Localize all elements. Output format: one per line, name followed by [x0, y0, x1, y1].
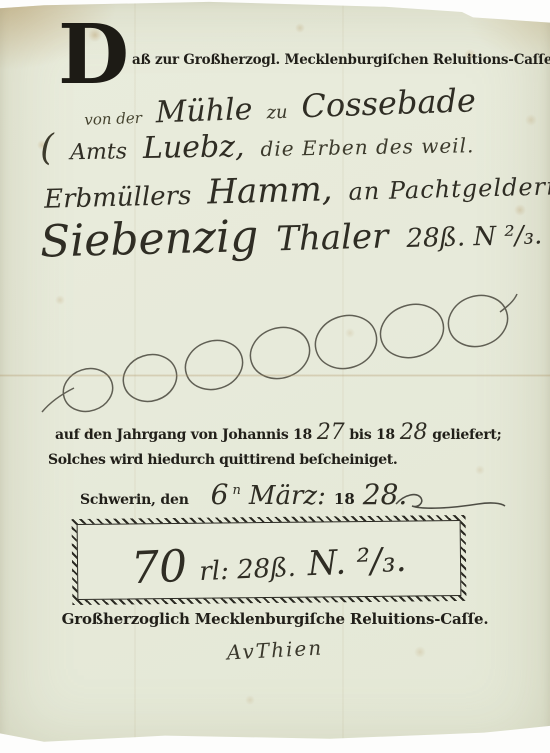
date-line: Schwerin, den 6 n März: 18 28. [80, 478, 407, 511]
date-flourish [393, 489, 508, 515]
scanned-receipt-1828: { "colors": { "paper": "#e7eada", "ink_p… [0, 0, 550, 753]
hw-shilling-fraction: 28ß. N ²/₃. [406, 220, 543, 254]
hw-erbmuellers: Erbmüllers [44, 181, 192, 215]
printed-schwerin-den: Schwerin, den [80, 492, 189, 508]
hw-box-amount: 70 rl: 28ß. N. ²/₃. [130, 531, 407, 594]
hw-day-suffix: n [233, 483, 241, 498]
printed-attest-line: Solches wird hiedurch quittirend beſchei… [48, 452, 397, 468]
printed-period-line: auf den Jahrgang von Johannis 18 27 bis … [55, 420, 501, 445]
hw-pachtgeldern: an Pachtgeldern [348, 172, 550, 206]
hw-day: 6 [211, 478, 229, 511]
hw-siebenzig: Siebenzig [39, 211, 258, 268]
hw-zu: zu [266, 102, 288, 124]
hw-erben: die Erben des weil. [260, 133, 474, 161]
hw-lead-stroke: ( [40, 128, 55, 169]
amount-box-inner: 70 rl: 28ß. N. ²/₃. [77, 520, 462, 600]
drop-cap-initial: D [58, 14, 129, 96]
printed-issuer-line: Großherzoglich Mecklenburgiſche Reluitio… [0, 610, 550, 628]
handwritten-line-amt: ( Amts Luebz, die Erben des weil. [40, 120, 475, 169]
hw-box-fraction: N. ²/₃. [307, 540, 407, 584]
document-paper: D aß zur Großherzogl. Mecklenburgiſchen … [0, 0, 550, 753]
hw-amts: Amts [70, 139, 127, 165]
hw-luebz: Luebz, [143, 129, 245, 166]
printed-bis: bis 18 [349, 427, 395, 443]
hw-year-27: 27 [317, 420, 344, 445]
hw-month: März: [249, 481, 326, 511]
printed-jahrgang: auf den Jahrgang von Johannis 18 [55, 427, 312, 443]
flourish-loops [40, 290, 520, 415]
hw-thaler: Thaler [276, 216, 389, 259]
hw-year-28: 28 [400, 420, 427, 445]
hw-cossebade: Cossebade [301, 81, 477, 125]
printed-header: aß zur Großherzogl. Mecklenburgiſchen Re… [132, 52, 550, 68]
signature: AvThien [0, 624, 550, 677]
hw-box-shillings: rl: 28ß. [199, 553, 297, 587]
printed-century: 18 [334, 490, 355, 508]
hw-hamm: Hamm, [207, 169, 333, 212]
ornamental-amount-box: 70 rl: 28ß. N. ²/₃. [72, 515, 467, 605]
printed-geliefert: geliefert; [432, 427, 501, 443]
hw-box-70: 70 [130, 541, 188, 594]
